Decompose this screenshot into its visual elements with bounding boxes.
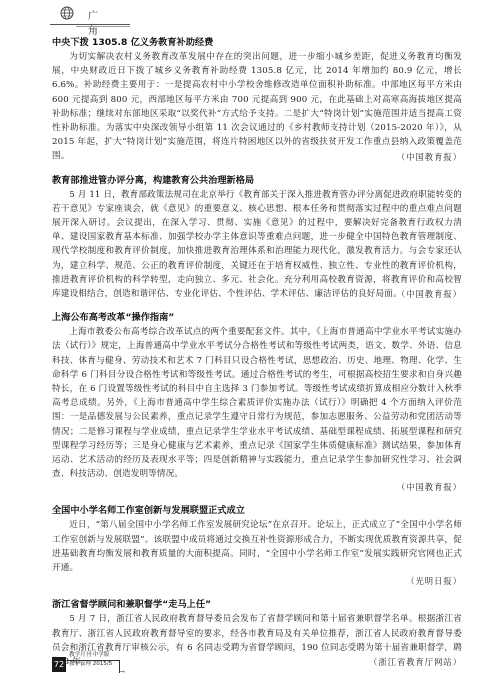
article-body: 为切实解决农村义务教育改革发展中存在的突出问题，进一步缩小城乡差距，促进义务教育…: [52, 50, 462, 164]
page-number: 72: [52, 657, 66, 672]
header-rule: [50, 24, 130, 25]
article-source: （光明日报）: [52, 575, 462, 588]
article-body: 近日，“第八届全国中小学名师工作室发展研究论坛”在京召开。论坛上，正式成立了“全…: [52, 518, 462, 575]
arrow-right-icon: →: [119, 669, 125, 676]
globe-icon: [60, 6, 74, 20]
article-list: 中央下拨 1305.8 亿义务教育补助经费 为切实解决农村义务教育改革发展中存在…: [52, 36, 462, 679]
article-source: （中国教育报）: [52, 481, 462, 494]
article-teacher-alliance: 全国中小学名师工作室创新与发展联盟正式成立 近日，“第八届全国中小学名师工作室发…: [52, 504, 462, 588]
page-footer: 72 教学月刊·中学版 教学管理 2015/5 →: [52, 650, 142, 676]
article-education-funding: 中央下拨 1305.8 亿义务教育补助经费 为切实解决农村义务教育改革发展中存在…: [52, 36, 462, 164]
article-shanghai-gaokao: 上海公布高考改革“操作指南” 上海市教委公布高考综合改革试点的两个重要配套文件。…: [52, 311, 462, 494]
article-title: 中央下拨 1305.8 亿义务教育补助经费: [52, 36, 462, 49]
article-governance: 教育部推进管办评分离，构建教育公共治理新格局 5 月 11 日，教育部政策法规司…: [52, 174, 462, 302]
page-header: 广 角: [50, 4, 130, 26]
article-title: 上海公布高考改革“操作指南”: [52, 311, 462, 324]
article-title: 全国中小学名师工作室创新与发展联盟正式成立: [52, 504, 462, 517]
article-title: 教育部推进管办评分离，构建教育公共治理新格局: [52, 174, 462, 187]
article-title: 浙江省督学顾问和兼职督学“走马上任”: [52, 598, 462, 611]
article-source: （中国教育报）: [52, 151, 462, 164]
article-body: 上海市教委公布高考综合改革试点的两个重要配套文件。其中，《上海市普通高中学业水平…: [52, 325, 462, 481]
header-rule-secondary: [76, 26, 130, 27]
journal-name: 教学月刊·中学版: [69, 652, 109, 659]
article-body: 5 月 11 日，教育部政策法规司在北京举行《教育部关于深入推进教育管办评分离促…: [52, 188, 462, 302]
journal-issue: 教学管理 2015/5: [69, 661, 112, 668]
section-title: 广 角: [88, 7, 130, 37]
